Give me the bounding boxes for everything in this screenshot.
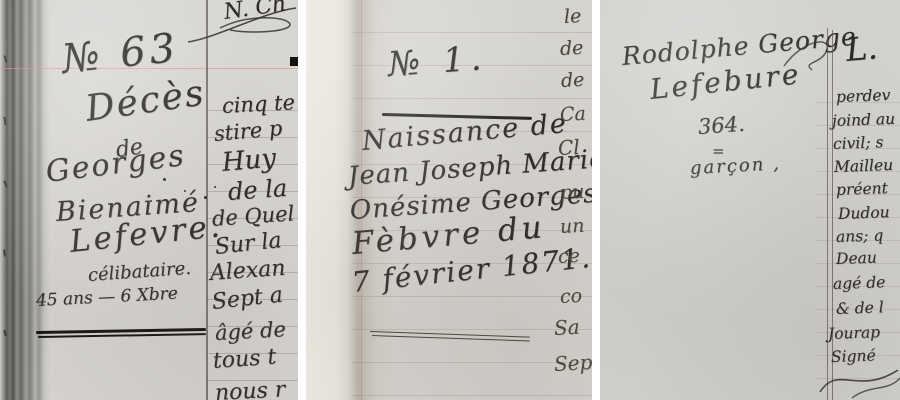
margin-fragment: Deau — [836, 251, 877, 268]
margin-fragment: stire p — [213, 118, 283, 145]
margin-fragment: Sep — [553, 352, 592, 374]
margin-fragment: préent — [836, 181, 888, 198]
margin-fragment: co — [560, 287, 583, 307]
margin-fragment: Dudou — [838, 205, 890, 222]
margin-fragment: un — [560, 217, 585, 237]
margin-fragment: Huy — [221, 145, 277, 176]
margin-fragment: Alexan — [209, 258, 286, 285]
ink-speckle — [184, 190, 186, 192]
record-line: 364. — [697, 114, 745, 138]
record-number: № 63 — [60, 28, 181, 80]
margin-fragment: Sur la — [214, 230, 283, 259]
birth-record-panel: № 1. Naissance de Jean Joseph Marie Onés… — [306, 0, 592, 400]
margin-fragment: de la — [227, 176, 288, 204]
column-rule — [832, 30, 833, 400]
binding-edge — [0, 0, 50, 400]
record-collage: N. Ch № 63 Décès de Georges Bienaimé Lef… — [0, 0, 900, 400]
margin-fragment: perdev — [836, 88, 891, 105]
margin-initial: L. — [845, 31, 879, 66]
margin-fragment: nous r — [214, 379, 285, 400]
margin-fragment: le — [564, 7, 582, 27]
margin-fragment: Sa — [553, 317, 580, 338]
record-line: 45 ans — 6 Xbre — [36, 286, 179, 310]
margin-fragment: de — [560, 39, 584, 59]
column-rule — [827, 28, 828, 400]
margin-fragment: de — [561, 71, 585, 91]
record-line: Décès — [83, 75, 207, 127]
margin-fragment: pu — [560, 183, 585, 203]
column-rule — [206, 0, 208, 400]
ink-speckle — [214, 186, 216, 188]
margin-fragment: de Quel — [211, 203, 295, 230]
register-entry-panel: Rodolphe George Lefebure 364. = garçon ,… — [600, 0, 900, 400]
record-line: célibataire. — [87, 260, 191, 285]
margin-fragment: civil; s — [833, 135, 884, 152]
record-line: Georges — [44, 141, 187, 188]
signature-flourish-graphic — [818, 362, 900, 400]
margin-fragment: ce — [558, 247, 581, 267]
margin-fragment: Sept a — [211, 285, 284, 314]
margin-fragment: Ca — [560, 105, 587, 125]
record-line: Lefebure — [649, 60, 803, 104]
margin-fragment: ans; q — [836, 228, 884, 245]
margin-fragment: cinq te — [221, 92, 295, 117]
margin-fragment: agé de — [833, 275, 886, 292]
margin-fragment: Cl — [557, 137, 580, 158]
ink-blot — [290, 57, 298, 66]
margin-fragment: & de l — [836, 300, 884, 317]
margin-fragment: joind au — [832, 112, 896, 130]
margin-fragment: âgé de — [214, 319, 286, 344]
record-number: № 1. — [387, 41, 489, 82]
double-underline — [38, 333, 206, 338]
ink-speckle — [204, 196, 207, 199]
ink-speckle — [150, 200, 152, 202]
death-record-panel: N. Ch № 63 Décès de Georges Bienaimé Lef… — [0, 0, 298, 400]
margin-fragment: Mailleu — [834, 158, 894, 176]
margin-fragment: tous t — [212, 347, 277, 373]
record-line: garçon , — [690, 155, 782, 178]
margin-fragment: Jourap — [828, 325, 881, 342]
ink-speckle — [163, 178, 166, 181]
